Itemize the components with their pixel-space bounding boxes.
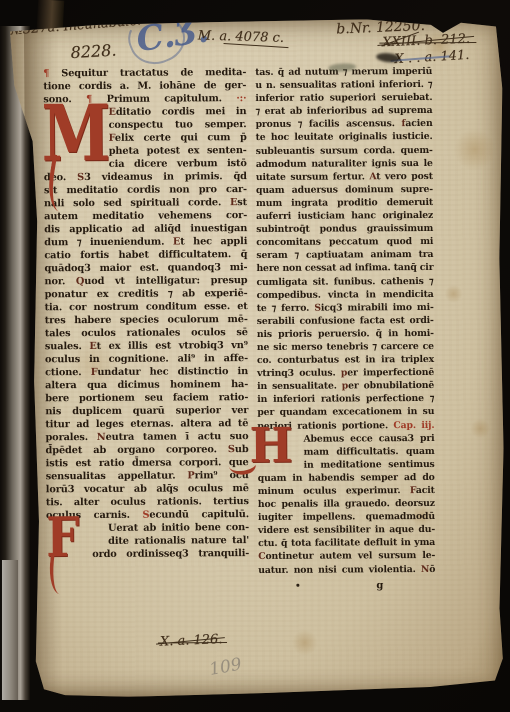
print-text: here non cessat ad infima. tanq̄ cir: [256, 262, 433, 274]
text-line: suales. Et ex illis est vtrobiq3 vn⁹: [45, 339, 248, 353]
print-text: per quandam excecationem in su: [257, 406, 434, 418]
print-text: Abemus ecce causa3 pri: [303, 433, 434, 445]
rubricated-capital: E: [173, 236, 180, 247]
text-line: lorū3 vocatur ab alq̄s oculus mē: [46, 482, 249, 496]
text-line: nali solo sed spirituali corde. Est: [44, 196, 247, 210]
print-text: seram ⁊ captiuatam animam tra: [256, 249, 433, 261]
text-line: sit meditatio cordis non pro car-: [44, 183, 247, 197]
text-line: te ⁊ ferro. Sicq3 mirabili imo mi-: [257, 301, 434, 315]
print-text: nali solo sed spirituali corde.: [44, 197, 230, 209]
text-line: here non cessat ad infima. tanq̄ cir: [256, 261, 433, 275]
strike-mark: [377, 36, 474, 46]
text-line: tres habere species oculorum mē-: [45, 313, 248, 327]
quire-signature: g: [376, 580, 383, 591]
print-text: autem meditatio vehemens cor-: [44, 210, 247, 222]
print-text: d̄pēdet ab organo corporeo.: [46, 444, 228, 456]
print-text: oculus in cognitione. ali⁹ in affe-: [45, 353, 248, 365]
print-text: cia dicere verbum istō: [109, 158, 247, 170]
text-line: u n. sensualitas rationi inferiori. ⁊: [255, 78, 432, 92]
bottom-crossed-shelfmark: X. a. 126.: [160, 632, 223, 650]
print-text: Sequitur tractatus de medita-: [61, 67, 246, 79]
print-text: ditatio cordis mei in: [116, 106, 247, 118]
text-line: dis applicatio ad aliq̄d inuestigan: [44, 222, 247, 236]
bottom-pencil-number: 109: [208, 654, 244, 680]
print-text: Primum capitulum.: [107, 93, 237, 105]
text-line: cumligata sit. funibus. cathenis ⁊: [256, 274, 433, 288]
rubric-initial-F: F: [46, 517, 79, 560]
rubricated-capital: N: [97, 432, 106, 443]
text-line: subintroq̄t pondus grauissimum: [256, 222, 433, 236]
text-line: te hoc leuitate originalis iusticie.: [256, 130, 433, 144]
print-text: dite rationalis nature tal': [108, 535, 249, 547]
text-line: iugiter impellens. quemadmodū: [258, 510, 435, 524]
rubricated-capital: N: [421, 564, 429, 575]
rubricated-capital: Q: [76, 276, 84, 287]
inventory-number-2: 8228.: [70, 40, 117, 62]
print-text: quam aduersus dominum supre-: [256, 184, 433, 196]
rubric-initial-H: H: [249, 428, 292, 466]
rubric-text: Cap. iij.: [393, 419, 434, 430]
strike-mark: [156, 637, 225, 644]
text-line: videre est sensibiliter in aque du-: [258, 523, 435, 537]
print-text: ctu. q̄ tota facilitate defluit in yma: [258, 537, 435, 549]
text-line: nis duplicem quarū superior ver: [45, 404, 248, 418]
print-text: uatur. non nisi cum violentia.: [258, 564, 421, 576]
print-text: tres habere species oculorum mē-: [45, 314, 248, 326]
print-text: mam difficultatis. quam: [304, 446, 435, 458]
print-text: t ex illis est vtrobiq3 vn⁹: [97, 340, 248, 352]
print-text: pronus ⁊ facilis ascensus.: [256, 118, 402, 130]
incunabulum-page: ¶ Sequitur tractatus de medita-tione cor…: [6, 18, 508, 703]
text-line: autem meditatio vehemens cor-: [44, 209, 247, 223]
print-text: concomitans peccatum quod mi: [256, 236, 433, 248]
print-text: te ⁊ ferro.: [257, 302, 315, 313]
text-line: altera qua dicimus hominem ha-: [45, 378, 248, 392]
print-text: dis applicatio ad aliq̄d inuestigan: [44, 223, 247, 235]
strike-mark: [379, 42, 476, 44]
text-line: mum ingrata proditio demeruit: [256, 196, 433, 210]
print-text: tia. cor nostrum conditum esse. et: [45, 301, 248, 313]
text-line: d̄pēdet ab organo corporeo. Sub: [46, 443, 249, 457]
text-line: concomitans peccatum quod mi: [256, 235, 433, 249]
stain: [445, 285, 463, 303]
text-line: compedibus. vincta in mendicita: [257, 288, 434, 302]
text-line: porales. Neutra tamen ī actu suo: [45, 430, 248, 444]
print-text: er imperfectionē: [347, 367, 434, 379]
text-line: ponatur ex creditis ⁊ ab experiē-: [45, 287, 248, 301]
text-line: nis prioris peruersio. q̄ in homi-: [257, 327, 434, 341]
text-line: nor. Quod vt intelligatur: presup: [44, 274, 247, 288]
text-line: minum oculus experimur. Facit: [258, 484, 435, 498]
text-line: subleuantis sursum corda. quem-: [256, 143, 433, 157]
text-line: pronus ⁊ facilis ascensus. facien: [256, 117, 433, 131]
text-line: seram ⁊ captiuatam animam tra: [256, 248, 433, 262]
print-text: t hec appli: [180, 236, 247, 247]
print-text: dum ⁊ inueniendum.: [44, 237, 173, 249]
text-line: tales oculos rationales oculos sē: [45, 326, 248, 340]
print-text: altera qua dicimus hominem ha-: [45, 379, 248, 391]
print-text: pheta potest ex senten-: [109, 145, 247, 157]
print-text: subleuantis sursum corda. quem-: [256, 144, 433, 156]
print-text: mum ingrata proditio demeruit: [256, 197, 433, 209]
text-line: auferri iusticiam hanc originalez: [256, 209, 433, 223]
print-text: vtrinq3 oculus.: [257, 368, 341, 380]
print-text: acien: [405, 118, 432, 129]
print-text: quādoq3 maior est. quandoq3 mi-: [44, 262, 247, 274]
text-line: uitate sursum fertur. At vero post: [256, 170, 433, 184]
print-text: uod vt intelligatur: presup: [84, 275, 247, 287]
print-text: in meditatione sentimus: [304, 459, 435, 471]
column-right: g tas. q̄ ad nutum ⁊ merum imperiūu n. s…: [255, 65, 435, 577]
text-line: bere portionem seu faciem ratio-: [45, 391, 248, 405]
print-text: serabili confusione facta est ordi-: [257, 315, 434, 327]
print-text: acit: [416, 485, 435, 496]
text-line: admodum naturaliter ignis sua le: [256, 157, 433, 171]
print-text: admodum naturaliter ignis sua le: [256, 158, 433, 170]
print-text: Uerat ab initio bene con-: [108, 522, 249, 534]
text-line: ¶ Sequitur tractatus de medita-: [43, 66, 246, 80]
text-line: in inferiori rationis perfectione ⁊: [257, 392, 434, 406]
text-line: uatur. non nisi cum violentia. Nō: [258, 562, 435, 576]
shelfmark-ma: M. a. 4078 c.: [198, 28, 285, 45]
print-text: ō: [429, 563, 435, 574]
print-text: uitate sursum fertur.: [256, 171, 370, 183]
text-line: tia. cor nostrum conditum esse. et: [45, 300, 248, 314]
print-text: videre est sensibiliter in aque du-: [258, 524, 435, 536]
text-line: ne sic merso tenebris ⁊ carcere ce: [257, 340, 434, 354]
column-left: ¶ Sequitur tractatus de medita-tione cor…: [43, 66, 249, 561]
inventory-number: №327a. Incunabulor̄: [10, 13, 144, 38]
print-text: in inferiori rationis perfectione ⁊: [257, 393, 434, 405]
print-text: er obnubilationē: [348, 380, 434, 392]
photograph-frame: ¶ Sequitur tractatus de medita-tione cor…: [0, 0, 510, 712]
rubric-initial-M: M: [41, 103, 110, 164]
text-line: hoc penalis illa grauedo. deorsuz: [258, 497, 435, 511]
print-text: minum oculus experimur.: [258, 485, 410, 497]
print-text: eutra tamen ī actu suo: [106, 431, 249, 443]
print-text: te hoc leuitate originalis iusticie.: [256, 131, 433, 143]
print-text: hoc penalis illa grauedo. deorsuz: [258, 498, 435, 510]
print-text: st: [237, 197, 247, 208]
rubric-text: ¶: [43, 68, 61, 79]
print-text: tales oculos rationales oculos sē: [45, 327, 248, 339]
text-line: sensualitas appellatur. Prim⁹ ocu: [46, 469, 249, 483]
print-text: compedibus. vincta in mendicita: [257, 289, 434, 301]
print-text: ponatur ex creditis ⁊ ab experiē-: [45, 288, 248, 300]
stain: [292, 630, 318, 656]
print-text: conspectu tuo semper.: [109, 119, 247, 131]
print-text: sensualitas appellatur.: [46, 470, 188, 482]
print-text: auferri iusticiam hanc originalez: [256, 210, 433, 222]
print-text: ordo ordinisseq3 tranquili-: [92, 548, 249, 560]
print-text: icq3 mirabili imo mi-: [321, 302, 434, 314]
print-text: suales.: [45, 341, 89, 352]
print-text: t vero post: [376, 171, 433, 182]
stain: [454, 129, 496, 171]
underline-mark: [223, 43, 288, 48]
print-text: nis prioris peruersio. q̄ in homi-: [257, 328, 434, 340]
print-text: ctione.: [45, 367, 91, 378]
text-line: quam aduersus dominum supre-: [256, 183, 433, 197]
text-line: istis est ratio d̄mersa corpori. que: [46, 456, 249, 470]
print-text: bere portionem seu faciem ratio-: [45, 392, 248, 404]
text-line: Continetur autem vel sursum le-: [258, 549, 435, 563]
text-line: quādoq3 maior est. quandoq3 mi-: [44, 261, 247, 275]
print-text: inferior ratio superiori seruiebat.: [255, 92, 432, 104]
text-line: inferior ratio superiori seruiebat.: [255, 91, 432, 105]
strike-mark: [158, 642, 227, 643]
print-text: cumligata sit. funibus. cathenis ⁊: [256, 275, 433, 287]
print-text: in sensualitate.: [257, 381, 342, 393]
text-line: in sensualitate. per obnubilationē: [257, 379, 434, 393]
print-text: sit meditatio cordis non pro car-: [44, 184, 247, 196]
text-line: ctione. Fundatur hec distinctio in: [45, 365, 248, 379]
print-text: nor.: [44, 276, 75, 287]
text-line: serabili confusione facta est ordi-: [257, 314, 434, 328]
text-line: vtrinq3 oculus. per imperfectionē: [257, 366, 434, 380]
text-line: ⁊ erat ab inferioribus ad suprema: [255, 104, 432, 118]
text-line: co. conturbatus est in ira triplex: [257, 353, 434, 367]
rubricated-capital: P: [187, 470, 194, 481]
shelfmark-x-141: X . . a. 141.: [394, 48, 470, 67]
book-block-edges-highlight: [2, 560, 18, 700]
text-line: catio fortis habet difficultatem. q̄: [44, 248, 247, 262]
print-text: ontinetur autem vel sursum le-: [265, 550, 435, 562]
print-text: nis duplicem quarū superior ver: [45, 405, 248, 417]
text-line: dum ⁊ inueniendum. Et hec appli: [44, 235, 247, 249]
print-text: elix certe qui cum p̄: [115, 132, 247, 144]
print-text: subintroq̄t pondus grauissimum: [256, 223, 433, 235]
ink-dot: [296, 584, 299, 587]
rubric-text: ·:·: [236, 93, 246, 104]
text-line: titur ad leges eternas. altera ad tē: [45, 417, 248, 431]
print-text: ne sic merso tenebris ⁊ carcere ce: [257, 341, 434, 353]
stain: [470, 419, 490, 439]
print-text: lorū3 vocatur ab alq̄s oculus mē: [46, 483, 249, 495]
rubricated-capital: E: [89, 341, 96, 352]
print-text: co. conturbatus est in ira triplex: [257, 354, 434, 366]
text-line: ctu. q̄ tota facilitate defluit in yma: [258, 536, 435, 550]
text-line: oculus in cognitione. ali⁹ in affe-: [45, 352, 248, 366]
print-text: porales.: [45, 432, 96, 443]
print-text: undatur hec distinctio in: [97, 366, 248, 378]
print-text: istis est ratio d̄mersa corpori. que: [46, 457, 249, 469]
print-text: catio fortis habet difficultatem. q̄: [44, 249, 247, 261]
print-text: ⁊ erat ab inferioribus ad suprema: [255, 105, 432, 117]
print-text: titur ad leges eternas. altera ad tē: [45, 418, 248, 430]
print-text: u n. sensualitas rationi inferiori. ⁊: [255, 79, 432, 91]
print-text: iugiter impellens. quemadmodū: [258, 511, 435, 523]
print-text: ecundū capitulū.: [149, 509, 249, 521]
